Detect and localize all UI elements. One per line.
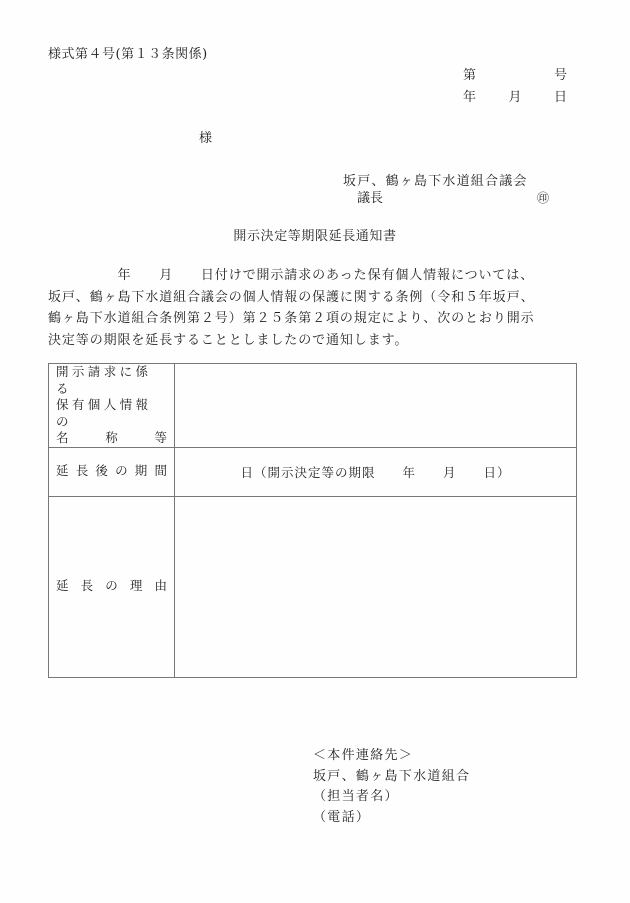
document-number: 第 号 (463, 69, 567, 82)
label-char: 延 (56, 578, 69, 595)
document-number-suffix: 号 (554, 69, 567, 82)
date-month: 月 (508, 91, 521, 104)
date-day: 日 (554, 91, 567, 104)
form-number: 様式第４号(第１３条関係) (48, 48, 208, 61)
contact-block: ＜本件連絡先＞ 坂戸、鶴ヶ島下水道組合 （担当者名） （電話） (313, 746, 470, 828)
label-line: 保有個人情報の (56, 397, 167, 430)
body-line: 坂戸、鶴ヶ島下水道組合議会の個人情報の保護に関する条例（令和５年坂戸、 (48, 287, 588, 309)
label-char: 名 (56, 430, 69, 447)
info-table: 開示請求に係る 保有個人情報の 名 称 等 延 長 後 の 期 (48, 363, 577, 678)
body-line: 鶴ヶ島下水道組合条例第２号）第２５条第２項の規定により、次のとおり開示 (48, 308, 588, 330)
label-record-name: 開示請求に係る 保有個人情報の 名 称 等 (49, 364, 175, 448)
table-row-extension-reason: 延 長 の 理 由 (49, 496, 577, 677)
label-char: 延 (56, 463, 69, 480)
table-row-extended-period: 延 長 後 の 期 間 日（開示決定等の期限 年 月 日） (49, 447, 577, 496)
value-record-name[interactable] (175, 364, 577, 448)
value-extended-period[interactable]: 日（開示決定等の期限 年 月 日） (175, 447, 577, 496)
document-date: 年 月 日 (463, 91, 567, 104)
document-number-prefix: 第 (463, 69, 476, 82)
label-char: の (105, 578, 118, 595)
label-text: 保有個人情報の (56, 397, 167, 430)
label-char: 由 (154, 578, 167, 595)
label-extended-period: 延 長 後 の 期 間 (49, 447, 175, 496)
contact-organization: 坂戸、鶴ヶ島下水道組合 (313, 767, 470, 788)
value-extension-reason[interactable] (175, 496, 577, 677)
label-char: 称 (105, 430, 118, 447)
label-char: 等 (154, 430, 167, 447)
contact-heading: ＜本件連絡先＞ (313, 746, 470, 767)
label-char: 長 (81, 578, 94, 595)
seal-icon: ㊞ (537, 192, 549, 204)
body-text: 年 月 日付けで開示請求のあった保有個人情報については、 坂戸、鶴ヶ島下水道組合… (48, 265, 588, 351)
label-char: 理 (130, 578, 143, 595)
addressee: 様 (199, 132, 212, 145)
label-extension-reason: 延 長 の 理 由 (49, 496, 175, 677)
label-char: 長 (76, 463, 89, 480)
label-char: 後 (95, 463, 108, 480)
contact-person: （担当者名） (313, 787, 470, 808)
body-line: 年 月 日付けで開示請求のあった保有個人情報については、 (48, 265, 588, 287)
body-line: 決定等の期限を延長することとしましたので通知します。 (48, 330, 588, 352)
label-line: 開示請求に係る (56, 364, 167, 397)
date-year: 年 (463, 91, 476, 104)
document-title: 開示決定等期限延長通知書 (0, 230, 630, 243)
table-row-record-name: 開示請求に係る 保有個人情報の 名 称 等 (49, 364, 577, 448)
label-text: 開示請求に係る (56, 364, 167, 397)
issuer-organization: 坂戸、鶴ヶ島下水道組合議会 (343, 175, 528, 188)
label-char: の (115, 463, 128, 480)
contact-phone: （電話） (313, 808, 470, 829)
label-line: 名 称 等 (56, 430, 167, 447)
issuer-title: 議長 (357, 192, 383, 205)
label-char: 期 (135, 463, 148, 480)
label-char: 間 (154, 463, 167, 480)
